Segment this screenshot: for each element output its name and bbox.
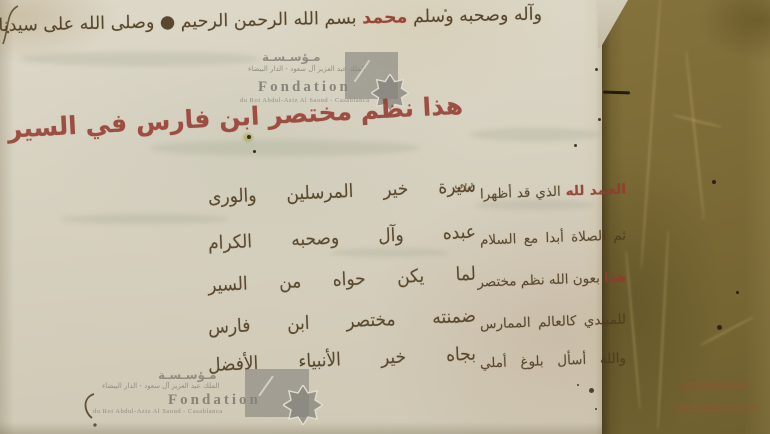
basmala-red-word: محمد: [362, 7, 408, 28]
show-through-smudge: [470, 128, 600, 141]
watermark-org-arabic: مـؤسـسـة: [262, 50, 321, 64]
watermark-fondation-line: du Roi Abdul-Aziz Al Saoud - Casablanca: [93, 408, 223, 415]
cover-faint-text-mark: [674, 405, 756, 411]
show-through-smudge: [60, 214, 230, 224]
cover-crease: [625, 250, 641, 410]
show-through-smudge: [20, 52, 260, 66]
verse-text: الذي قد أظهرا: [480, 184, 561, 203]
ink-dot: [253, 150, 256, 153]
page-speck: [598, 118, 601, 121]
basmala-part2: وآله وصحبه وسلم: [413, 5, 542, 28]
ink-dot: [247, 135, 251, 139]
cover-crease: [673, 114, 722, 128]
page-speck: [595, 408, 597, 410]
cover-crease: [640, 0, 662, 270]
cover-crease: [685, 50, 705, 219]
verse-red-opening: الحمد لله: [565, 181, 626, 199]
eight-point-star-icon: [283, 385, 323, 425]
page-speck: [589, 388, 594, 393]
book-cover-background: [602, 0, 770, 434]
page-speck: [574, 144, 577, 147]
cover-crease: [700, 316, 754, 346]
show-through-smudge: [150, 140, 420, 156]
page-speck: [577, 384, 579, 386]
cover-speck: [712, 180, 716, 184]
verse-red-opening: هذا: [604, 269, 626, 286]
foundation-logo: [245, 369, 330, 419]
watermark-org-arabic-line: الملك عبد العزيز آل سعود - الدار البيضاء: [102, 382, 219, 390]
watermark-org-arabic: مـؤسـسـة: [158, 368, 217, 382]
watermark-fondation: Fondation: [258, 79, 351, 96]
show-through-smudge: [330, 248, 450, 257]
scanned-manuscript-view: وآله وصحبه وسلم محمد بسم الله الرحمن الر…: [0, 0, 770, 434]
cover-crease: [657, 230, 669, 430]
cover-faint-text-mark: [680, 383, 748, 389]
cover-speck: [736, 291, 739, 294]
page-speck: [595, 68, 598, 71]
cover-speck: [717, 325, 722, 330]
